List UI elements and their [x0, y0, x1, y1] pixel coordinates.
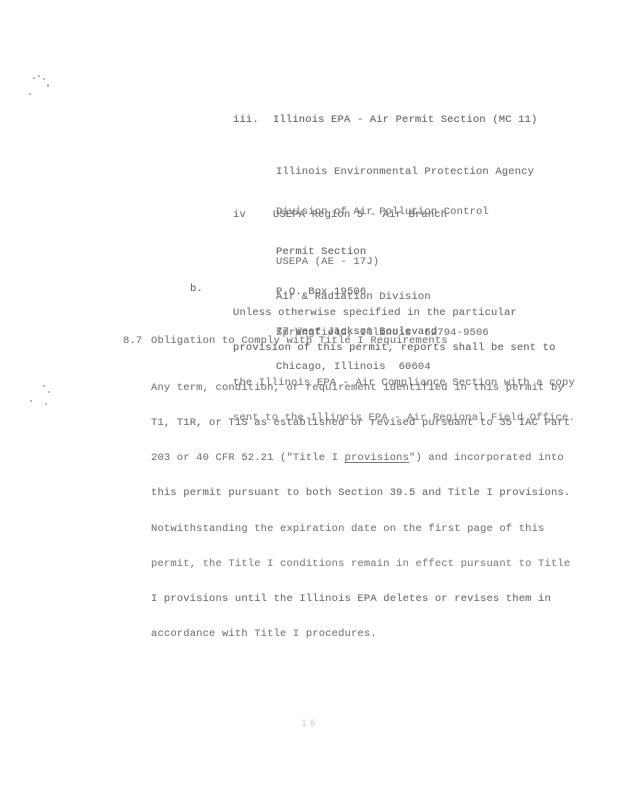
- paragraph-line: permit, the Title I conditions remain in…: [151, 559, 570, 571]
- underlined-term: provisions: [345, 452, 410, 464]
- page-number: 16: [301, 719, 318, 730]
- paragraph-line: T1, T1R, or T1S as established or revise…: [151, 418, 570, 430]
- address-line: Illinois Environmental Protection Agency: [276, 166, 534, 179]
- paragraph-line: Any term, condition, or requirement iden…: [151, 383, 570, 395]
- section-number: 8.7: [123, 336, 142, 348]
- paragraph-line: Unless otherwise specified in the partic…: [233, 308, 575, 320]
- address-line: USEPA (AE - 17J): [276, 257, 437, 269]
- paragraph-line: accordance with Title I procedures.: [151, 629, 570, 641]
- section-title: Obligation to Comply with Title I Requir…: [151, 336, 448, 348]
- paragraph-line: I provisions until the Illinois EPA dele…: [151, 594, 570, 606]
- scanned-document-page: iii. Illinois EPA - Air Permit Section (…: [0, 0, 618, 800]
- list-marker-b: b.: [190, 284, 203, 296]
- line-segment: ") and incorporated into: [409, 452, 564, 464]
- line-segment: 203 or 40 CFR 52.21 ("Title I: [151, 452, 345, 464]
- contact-title-usepa: USEPA Region 5 - Air Branch: [273, 210, 447, 222]
- list-marker-iv: iv: [233, 210, 246, 222]
- paragraph-line: Notwithstanding the expiration date on t…: [151, 524, 570, 536]
- contact-title-iepa: Illinois EPA - Air Permit Section (MC 11…: [273, 115, 538, 127]
- document-text-layer: iii. Illinois EPA - Air Permit Section (…: [0, 0, 618, 800]
- paragraph-line: 203 or 40 CFR 52.21 ("Title I provisions…: [151, 453, 570, 465]
- list-marker-iii: iii.: [233, 115, 259, 127]
- section-paragraph: Any term, condition, or requirement iden…: [151, 359, 570, 665]
- paragraph-line: this permit pursuant to both Section 39.…: [151, 488, 570, 500]
